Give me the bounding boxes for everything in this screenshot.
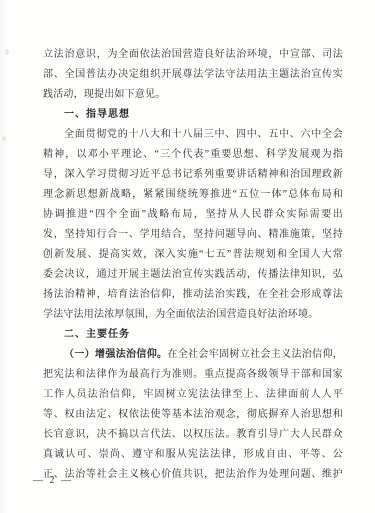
text-line: 践活动，现提出如下意见。: [43, 85, 343, 105]
text-line: 立法治意识，为全面依法治国营造良好法治环境，中宣部、司法: [43, 45, 343, 65]
text-line: 扬法治精神，培育法治信仰，推动法治实践，在全社会形成尊法: [43, 285, 343, 305]
document-page: 立法治意识，为全面依法治国营造良好法治环境，中宣部、司法 部、全国普法办决定组织…: [0, 0, 375, 513]
page-number: — 2 —: [33, 474, 73, 488]
scan-speckle: [5, 49, 9, 55]
text-line: 等、权由法定、权依法使等基本法治观念，彻底摒弃人治思想和: [43, 405, 343, 425]
text-line: 全面贯彻党的十八大和十八届三中、四中、五中、六中全会: [43, 125, 343, 145]
text-line: 导，深入学习贯彻习近平总书记系列重要讲话精神和治国理政新: [43, 165, 343, 185]
document-text-block: 立法治意识，为全面依法治国营造良好法治环境，中宣部、司法 部、全国普法办决定组织…: [43, 45, 343, 485]
text-line: 长官意识，决不搞以言代法、以权压法。教育引导广大人民群众: [43, 425, 343, 445]
text-line: 理念新思想新战略，紧紧围绕统筹推进“五位一体”总体布局和: [43, 185, 343, 205]
text-line: 协调推进“四个全面”战略布局，坚持从人民群众实际需要出: [43, 205, 343, 225]
scan-speckle: [2, 136, 6, 141]
text-line: 精神，以邓小平理论、“三个代表”重要思想、科学发展观为指: [43, 145, 343, 165]
text-line: 委会决议，通过开展主题法治宣传实践活动，传播法律知识，弘: [43, 265, 343, 285]
text-line: 工作人员法治信仰，牢固树立宪法法律至上、法律面前人人平: [43, 385, 343, 405]
section-2-heading: 二、主要任务: [43, 325, 343, 345]
text-line: 在全社会牢固树立社会主义法治信仰，: [167, 349, 343, 360]
text-line: 部、全国普法办决定组织开展尊法学法守法用法主题法治宣传实: [43, 65, 343, 85]
text-line: （一）增强法治信仰。在全社会牢固树立社会主义法治信仰，: [43, 345, 343, 365]
text-line: 真诚认可、崇尚、遵守和服从宪法法律，形成自由、平等、公: [43, 445, 343, 465]
text-line: 正、法治等社会主义核心价值共识，把法治作为处理问题、维护: [43, 465, 343, 485]
text-line: 把宪法和法律作为最高行为准则。重点提高各级领导干部和国家: [43, 365, 343, 385]
section-1-heading: 一、指导思想: [43, 105, 343, 125]
text-line: 发，坚持知行合一、学用结合，坚持问题导向、精准施策，坚持: [43, 225, 343, 245]
text-line: 创新发展、提高实效，深入实施“七五”普法规划和全国人大常: [43, 245, 343, 265]
text-line: 学法守法用法浓厚氛围，为全面依法治国营造良好法治环境。: [43, 305, 343, 325]
item-1-title: （一）增强法治信仰。: [64, 349, 167, 360]
